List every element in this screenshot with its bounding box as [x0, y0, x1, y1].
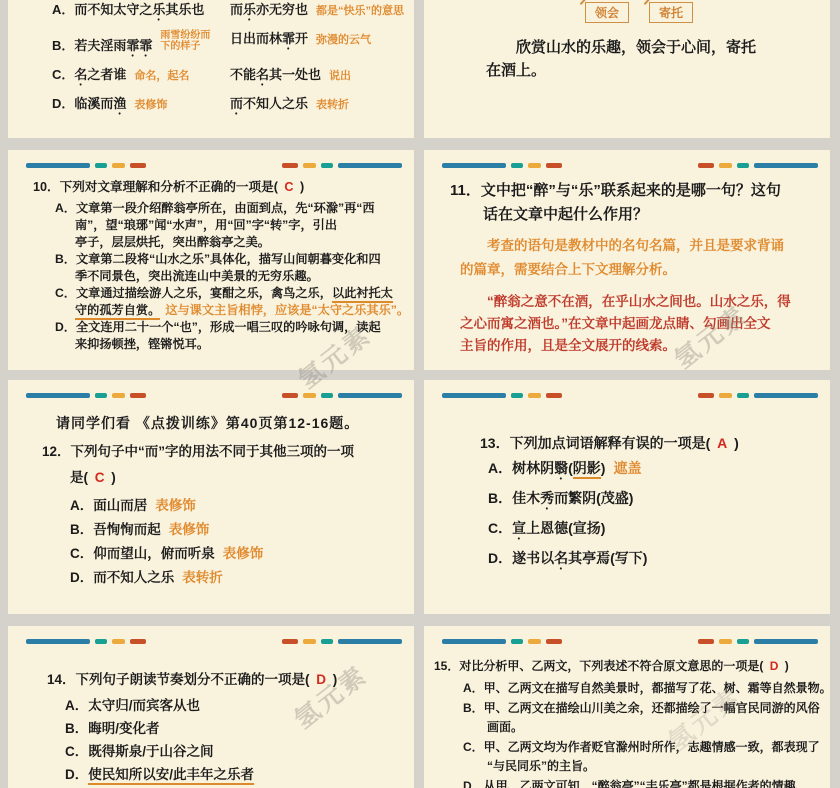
- bar-segment-blue: [754, 163, 818, 168]
- bar-segment-yellow: [528, 639, 541, 644]
- option-d-left: D．临溪而渔表修饰: [52, 95, 230, 118]
- bar-segment-teal: [737, 393, 749, 398]
- workbook-instruction: 请同学们看 《点拨训练》第40页第12-16题。: [8, 414, 414, 432]
- bar-segment-teal: [321, 163, 333, 168]
- option-c: C．既得斯泉/于山谷之间: [8, 743, 414, 760]
- bar-right-group: [698, 639, 818, 644]
- option-c-right: 不能名其一处也说出: [230, 66, 414, 89]
- option-a: A．甲、乙两文在描写自然美景时，都描写了花、树、霜等自然景物。: [424, 679, 830, 698]
- option-a: A．面山而居表修饰: [8, 496, 414, 515]
- bar-segment-yellow: [303, 393, 316, 398]
- option-b-right: 日出而林霏开弥漫的云气: [230, 30, 414, 60]
- bar-left-group: [442, 393, 562, 398]
- option-a-right: 而乐亦无穷也都是“快乐”的意思: [230, 1, 414, 24]
- question-13-title: 13．下列加点词语解释有误的一项是( A ): [424, 434, 830, 452]
- option-c-left: C．名之者谁命名，起名: [52, 66, 230, 89]
- bar-left-group: [26, 393, 146, 398]
- option-c: C．宣上恩德(宣扬): [424, 519, 830, 543]
- option-d: D．遂书以名其亭焉(写下): [424, 549, 830, 573]
- option-b: B．吾恂恂而起表修饰: [8, 520, 414, 539]
- option-a: A．太守归/而宾客从也: [8, 697, 414, 714]
- bar-segment-teal: [737, 163, 749, 168]
- bar-right-group: [698, 163, 818, 168]
- bar-segment-blue: [338, 163, 402, 168]
- bar-segment-blue: [26, 639, 90, 644]
- question-13-options: A．树林阴翳(阴影)遮盖 B．佳木秀而繁阴(茂盛) C．宣上恩德(宣扬) D．遂…: [424, 459, 830, 573]
- question-12-title: 12．下列句子中“而”字的用法不同于其他三项的一项是( C ): [8, 439, 414, 491]
- question-12-options: A．面山而居表修饰 B．吾恂恂而起表修饰 C．仰而望山，俯而听泉表修饰 D．而不…: [8, 496, 414, 587]
- option-a-left: A．而不知太守之乐其乐也: [52, 1, 230, 24]
- slide-grid-page: 9．下面句子中加点词语的意义相同的一项是( A ) A．而不知太守之乐其乐也 而…: [0, 0, 840, 788]
- bar-right-group: [698, 393, 818, 398]
- option-b-left: B．若夫淫雨霏霏雨雪纷纷而下的样子: [52, 30, 230, 60]
- bar-segment-red: [698, 639, 714, 644]
- bar-segment-blue: [442, 639, 506, 644]
- question-10-title: 10．下列对文章理解和分析不正确的一项是( C ): [8, 178, 414, 196]
- option-c: C．仰而望山，俯而听泉表修饰: [8, 544, 414, 563]
- bar-left-group: [442, 639, 562, 644]
- option-b: B．甲、乙两文在描绘山川美之余，还都描绘了一幅官民同游的风俗画面。: [424, 699, 830, 737]
- decorative-bar: [442, 163, 818, 168]
- option-b: B．晦明/变化者: [8, 720, 414, 737]
- slide-content: 领会 寄托 欣赏山水的乐趣，领会于心间，寄托在酒上。: [424, 2, 830, 138]
- callout-body-text: 欣赏山水的乐趣，领会于心间，寄托在酒上。: [424, 36, 830, 82]
- bar-segment-red: [698, 393, 714, 398]
- bar-segment-yellow: [719, 163, 732, 168]
- question-11-answer: “醉翁之意不在酒，在乎山水之间也。山水之乐，得之心而寓之酒也。”在文章中起画龙点…: [424, 291, 830, 357]
- slide-question-15[interactable]: 15．对比分析甲、乙两文，下列表述不符合原文意思的一项是( D ) A．甲、乙两…: [424, 626, 830, 788]
- option-d-right: 而不知人之乐表转折: [230, 95, 414, 118]
- decorative-bar: [442, 639, 818, 644]
- bar-left-group: [26, 639, 146, 644]
- bar-segment-teal: [511, 639, 523, 644]
- bar-segment-yellow: [112, 639, 125, 644]
- bar-segment-yellow: [112, 163, 125, 168]
- option-d: D．而不知人之乐表转折: [8, 568, 414, 587]
- bar-segment-red: [130, 393, 146, 398]
- question-11-hint: 考查的语句是教材中的名句名篇，并且是要求背诵的篇章，需要结合上下文理解分析。: [424, 234, 830, 282]
- option-d: D．临溪而渔表修饰 而不知人之乐表转折: [8, 95, 414, 118]
- slide-question-10[interactable]: 10．下列对文章理解和分析不正确的一项是( C ) A．文章第一段介绍醉翁亭所在…: [8, 150, 414, 370]
- bar-segment-teal: [321, 639, 333, 644]
- bar-segment-blue: [338, 393, 402, 398]
- option-c: C．文章通过描绘游人之乐，宴酣之乐，禽鸟之乐，以此衬托太守的孤芳自赏。这与课文主…: [8, 285, 414, 319]
- option-b: B．文章第二段将“山水之乐”具体化，描写山间朝暮变化和四季不同景色，突出流连山中…: [8, 251, 414, 285]
- bar-segment-blue: [442, 393, 506, 398]
- decorative-bar: [26, 393, 402, 398]
- bar-segment-red: [130, 163, 146, 168]
- option-a: A．而不知太守之乐其乐也 而乐亦无穷也都是“快乐”的意思: [8, 1, 414, 24]
- tag-lead-in: 领会: [585, 2, 629, 23]
- option-a: A．文章第一段介绍醉翁亭所在，由面到点，先“环滁”再“西南”，望“琅琊”闻“水声…: [8, 200, 414, 251]
- bar-segment-red: [698, 163, 714, 168]
- bar-segment-blue: [442, 163, 506, 168]
- option-c: C．名之者谁命名，起名 不能名其一处也说出: [8, 66, 414, 89]
- question-15-options: A．甲、乙两文在描写自然美景时，都描写了花、树、霜等自然景物。 B．甲、乙两文在…: [424, 679, 830, 788]
- bar-left-group: [442, 163, 562, 168]
- question-15-title: 15．对比分析甲、乙两文，下列表述不符合原文意思的一项是( D ): [424, 657, 830, 675]
- option-b: B．若夫淫雨霏霏雨雪纷纷而下的样子 日出而林霏开弥漫的云气: [8, 30, 414, 60]
- bar-segment-blue: [338, 639, 402, 644]
- question-14-title: 14．下列句子朗读节奏划分不正确的一项是( D ): [8, 671, 414, 689]
- option-d: D．从甲、乙两文可知，“醉翁亭”“丰乐亭”都是根据作者的情趣、: [424, 777, 830, 788]
- callout-tags: 领会 寄托: [585, 2, 830, 23]
- bar-segment-teal: [737, 639, 749, 644]
- bar-right-group: [282, 163, 402, 168]
- bar-segment-blue: [26, 393, 90, 398]
- question-11-title: 11．文中把“醉”与“乐”联系起来的是哪一句？这句话在文章中起什么作用？: [424, 179, 830, 227]
- bar-right-group: [282, 639, 402, 644]
- decorative-bar: [26, 639, 402, 644]
- option-a: A．树林阴翳(阴影)遮盖: [424, 459, 830, 483]
- bar-segment-teal: [95, 163, 107, 168]
- slide-question-11[interactable]: 11．文中把“醉”与“乐”联系起来的是哪一句？这句话在文章中起什么作用？ 考查的…: [424, 150, 830, 370]
- bar-segment-red: [546, 639, 562, 644]
- bar-segment-teal: [95, 393, 107, 398]
- option-d: D．使民知所以安/此丰年之乐者: [8, 766, 414, 783]
- bar-segment-blue: [754, 393, 818, 398]
- option-d: D．全文连用二十一个“也”，形成一唱三叹的吟咏句调，读起来抑扬顿挫，铿锵悦耳。: [8, 319, 414, 353]
- decorative-bar: [442, 393, 818, 398]
- bar-segment-red: [546, 393, 562, 398]
- bar-segment-teal: [511, 393, 523, 398]
- slide-question-13[interactable]: 13．下列加点词语解释有误的一项是( A ) A．树林阴翳(阴影)遮盖 B．佳木…: [424, 380, 830, 614]
- tag-entrust: 寄托: [649, 2, 693, 23]
- question-10-options: A．文章第一段介绍醉翁亭所在，由面到点，先“环滁”再“西南”，望“琅琊”闻“水声…: [8, 200, 414, 353]
- option-b: B．佳木秀而繁阴(茂盛): [424, 489, 830, 513]
- bar-right-group: [282, 393, 402, 398]
- bar-segment-blue: [26, 163, 90, 168]
- bar-segment-teal: [511, 163, 523, 168]
- slide-question-9[interactable]: 9．下面句子中加点词语的意义相同的一项是( A ) A．而不知太守之乐其乐也 而…: [8, 0, 414, 138]
- bar-segment-red: [282, 163, 298, 168]
- slide-callout[interactable]: 领会 寄托 欣赏山水的乐趣，领会于心间，寄托在酒上。: [424, 0, 830, 138]
- bar-segment-red: [282, 393, 298, 398]
- bar-segment-yellow: [528, 163, 541, 168]
- bar-segment-yellow: [112, 393, 125, 398]
- slide-content: 9．下面句子中加点词语的意义相同的一项是( A ) A．而不知太守之乐其乐也 而…: [8, 0, 414, 138]
- bar-segment-yellow: [528, 393, 541, 398]
- bar-segment-yellow: [719, 393, 732, 398]
- option-c: C．甲、乙两文均为作者贬官滁州时所作，志趣情感一致，都表现了“与民同乐”的主旨。: [424, 738, 830, 776]
- bar-segment-blue: [754, 639, 818, 644]
- bar-segment-yellow: [303, 639, 316, 644]
- bar-segment-yellow: [719, 639, 732, 644]
- question-9-options: A．而不知太守之乐其乐也 而乐亦无穷也都是“快乐”的意思 B．若夫淫雨霏霏雨雪纷…: [8, 1, 414, 118]
- bar-segment-teal: [321, 393, 333, 398]
- question-14-options: A．太守归/而宾客从也 B．晦明/变化者 C．既得斯泉/于山谷之间 D．使民知所…: [8, 697, 414, 783]
- bar-segment-red: [130, 639, 146, 644]
- bar-left-group: [26, 163, 146, 168]
- slide-question-12[interactable]: 请同学们看 《点拨训练》第40页第12-16题。 12．下列句子中“而”字的用法…: [8, 380, 414, 614]
- bar-segment-teal: [95, 639, 107, 644]
- decorative-bar: [26, 163, 402, 168]
- bar-segment-red: [282, 639, 298, 644]
- slide-question-14[interactable]: 14．下列句子朗读节奏划分不正确的一项是( D ) A．太守归/而宾客从也 B．…: [8, 626, 414, 788]
- bar-segment-red: [546, 163, 562, 168]
- bar-segment-yellow: [303, 163, 316, 168]
